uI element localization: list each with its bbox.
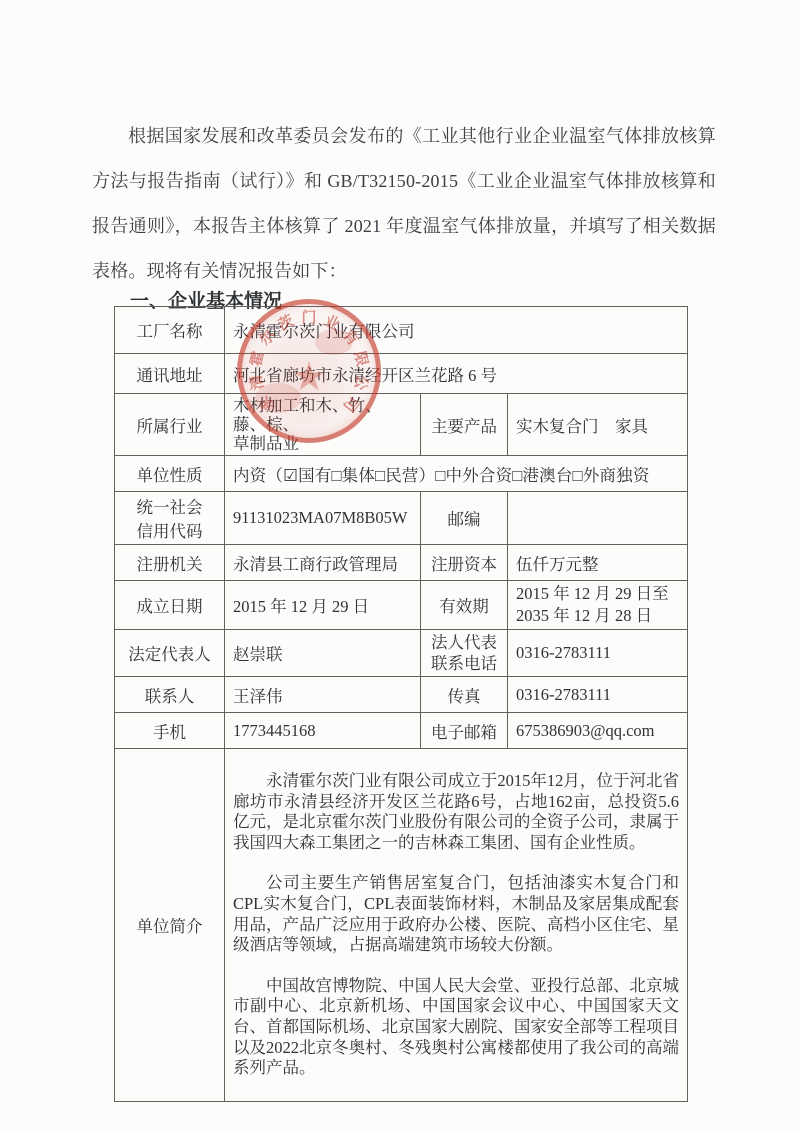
table-row-factory-name: 工厂名称 永清霍尔茨门业有限公司 xyxy=(115,307,688,354)
validity-period-label: 有效期 xyxy=(421,581,508,630)
main-products-value: 实木复合门 家具 xyxy=(508,394,688,456)
table-row-mobile: 手机 1773445168 电子邮箱 675386903@qq.com xyxy=(115,713,688,749)
postal-code-value xyxy=(508,492,688,545)
mailing-address-value: 河北省廊坊市永清经开区兰花路 6 号 xyxy=(225,354,688,394)
table-row-establish-date: 成立日期 2015 年 12 月 29 日 有效期 2015 年 12 月 29… xyxy=(115,581,688,630)
legal-representative-label: 法定代表人 xyxy=(115,630,225,677)
registered-capital-value: 伍仟万元整 xyxy=(508,545,688,581)
company-info-table: 工厂名称 永清霍尔茨门业有限公司 通讯地址 河北省廊坊市永清经开区兰花路 6 号… xyxy=(114,306,688,1102)
mobile-value: 1773445168 xyxy=(225,713,421,749)
profile-paragraph-3: 中国故宫博物院、中国人民大会堂、亚投行总部、北京城市副中心、北京新机场、中国国家… xyxy=(233,976,679,1079)
email-label: 电子邮箱 xyxy=(421,713,508,749)
credit-code-value: 91131023MA07M8B05W xyxy=(225,492,421,545)
table-row-company-profile: 单位简介 永清霍尔茨门业有限公司成立于2015年12月，位于河北省廊坊市永清县经… xyxy=(115,749,688,1102)
table-row-unit-nature: 单位性质 内资（☑国有□集体□民营）□中外合资□港澳台□外商独资 xyxy=(115,456,688,492)
industry-value: 木材加工和木、竹、藤、棕、 草制品业 xyxy=(225,394,421,456)
table-row-mailing-address: 通讯地址 河北省廊坊市永清经开区兰花路 6 号 xyxy=(115,354,688,394)
legal-representative-value: 赵崇联 xyxy=(225,630,421,677)
legal-rep-phone-value: 0316-2783111 xyxy=(508,630,688,677)
establish-date-value: 2015 年 12 月 29 日 xyxy=(225,581,421,630)
contact-person-label: 联系人 xyxy=(115,677,225,713)
mobile-label: 手机 xyxy=(115,713,225,749)
email-value: 675386903@qq.com xyxy=(508,713,688,749)
fax-value: 0316-2783111 xyxy=(508,677,688,713)
validity-period-value: 2015 年 12 月 29 日至 2035 年 12 月 28 日 xyxy=(508,581,688,630)
registration-authority-value: 永清县工商行政管理局 xyxy=(225,545,421,581)
table-row-credit-code: 统一社会 信用代码 91131023MA07M8B05W 邮编 xyxy=(115,492,688,545)
table-row-industry: 所属行业 木材加工和木、竹、藤、棕、 草制品业 主要产品 实木复合门 家具 xyxy=(115,394,688,456)
table-row-legal-representative: 法定代表人 赵崇联 法人代表 联系电话 0316-2783111 xyxy=(115,630,688,677)
registration-authority-label: 注册机关 xyxy=(115,545,225,581)
contact-person-value: 王泽伟 xyxy=(225,677,421,713)
factory-name-label: 工厂名称 xyxy=(115,307,225,354)
intro-paragraph: 根据国家发展和改革委员会发布的《工业其他行业企业温室气体排放核算方法与报告指南（… xyxy=(92,114,716,294)
factory-name-value: 永清霍尔茨门业有限公司 xyxy=(225,307,688,354)
industry-label: 所属行业 xyxy=(115,394,225,456)
registered-capital-label: 注册资本 xyxy=(421,545,508,581)
main-products-label: 主要产品 xyxy=(421,394,508,456)
profile-paragraph-2: 公司主要生产销售居室复合门，包括油漆实木复合门和CPL实木复合门，CPL表面装饰… xyxy=(233,873,679,955)
document-page: 根据国家发展和改革委员会发布的《工业其他行业企业温室气体排放核算方法与报告指南（… xyxy=(0,0,800,1131)
credit-code-label: 统一社会 信用代码 xyxy=(115,492,225,545)
company-profile-label: 单位简介 xyxy=(115,749,225,1102)
unit-nature-label: 单位性质 xyxy=(115,456,225,492)
fax-label: 传真 xyxy=(421,677,508,713)
profile-paragraph-1: 永清霍尔茨门业有限公司成立于2015年12月，位于河北省廊坊市永清县经济开发区兰… xyxy=(233,771,679,853)
establish-date-label: 成立日期 xyxy=(115,581,225,630)
table-row-contact-person: 联系人 王泽伟 传真 0316-2783111 xyxy=(115,677,688,713)
unit-nature-value: 内资（☑国有□集体□民营）□中外合资□港澳台□外商独资 xyxy=(225,456,688,492)
company-info-table-wrap: 工厂名称 永清霍尔茨门业有限公司 通讯地址 河北省廊坊市永清经开区兰花路 6 号… xyxy=(114,306,688,1102)
postal-code-label: 邮编 xyxy=(421,492,508,545)
mailing-address-label: 通讯地址 xyxy=(115,354,225,394)
legal-rep-phone-label: 法人代表 联系电话 xyxy=(421,630,508,677)
table-row-registration: 注册机关 永清县工商行政管理局 注册资本 伍仟万元整 xyxy=(115,545,688,581)
company-profile-value: 永清霍尔茨门业有限公司成立于2015年12月，位于河北省廊坊市永清县经济开发区兰… xyxy=(225,749,688,1102)
